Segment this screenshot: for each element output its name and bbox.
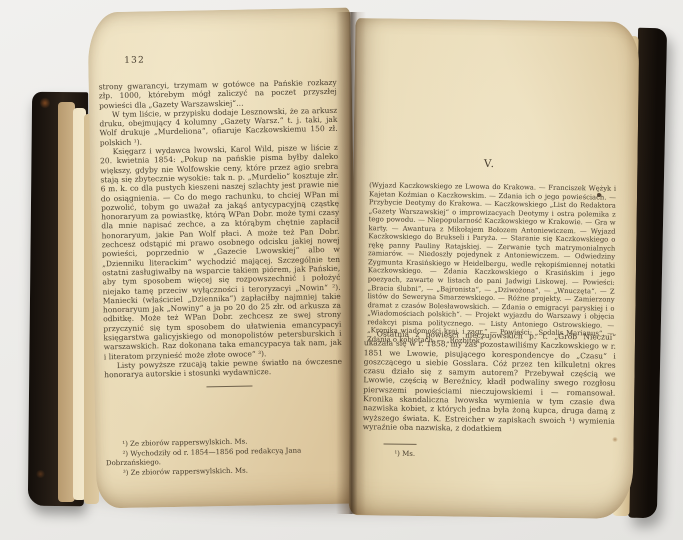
right-page: V. (Wyjazd Kaczkowskiego ze Lwowa do Kra… bbox=[349, 18, 640, 519]
footnote-separator bbox=[384, 443, 417, 444]
left-page: 132 strony gwarancyi, trzymam w gotówce … bbox=[87, 8, 359, 509]
footnote: ¹) Ms. bbox=[394, 450, 415, 458]
foxing-spot bbox=[40, 97, 50, 109]
gutter-shadow bbox=[336, 12, 366, 514]
paragraph: Ostatnia z powieści nieczujowskich p. t.… bbox=[363, 329, 616, 435]
paragraph: W tym liście, w przypisku dodaje Lesznow… bbox=[99, 106, 338, 148]
left-page-text: strony gwarancyi, trzymam w gotówce na P… bbox=[99, 78, 343, 380]
foxing-spot bbox=[612, 437, 618, 442]
page-number: 132 bbox=[124, 55, 145, 65]
paragraph: Księgarz i wydawca lwowski, Karol Wild, … bbox=[100, 143, 342, 361]
paragraph: Listy powyższe rzucają takie pewne świat… bbox=[104, 357, 342, 380]
chapter-body-text: Ostatnia z powieści nieczujowskich p. t.… bbox=[363, 329, 616, 435]
foxing-spot bbox=[597, 193, 601, 197]
photo-backdrop: 132 strony gwarancyi, trzymam w gotówce … bbox=[0, 0, 683, 540]
foxing-spot bbox=[36, 470, 45, 478]
chapter-heading: V. bbox=[353, 156, 625, 172]
chapter-end-divider bbox=[206, 385, 252, 387]
chapter-summary: (Wyjazd Kaczkowskiego ze Lwowa do Krakow… bbox=[367, 181, 616, 347]
left-page-footnotes: ¹) Ze zbiorów rapperswylskich. Ms. ²) Wy… bbox=[105, 436, 347, 479]
